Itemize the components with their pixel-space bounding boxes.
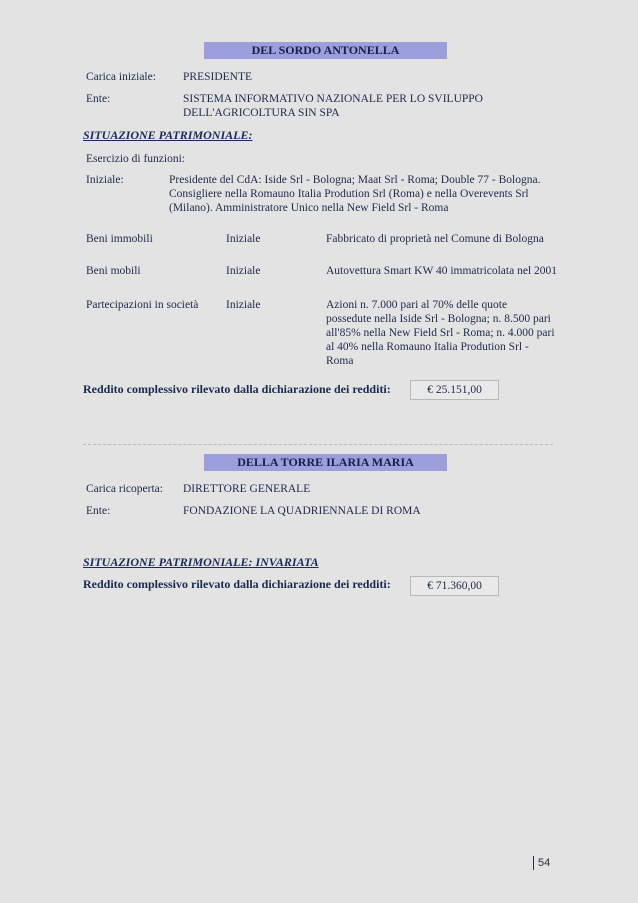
asset-description-line-3: all'85% nella New Field Srl - Roma; n. 4…	[326, 326, 555, 340]
role-label: Carica iniziale:	[86, 70, 156, 84]
entity-label: Ente:	[86, 92, 110, 106]
asset-category: Partecipazioni in società	[86, 298, 198, 312]
asset-description-line-2: possedute nella Iside Srl - Bologna; n. …	[326, 312, 551, 326]
asset-status: Iniziale	[226, 232, 260, 246]
functions-initial-label: Iniziale:	[86, 173, 124, 187]
asset-description-line-4: al 40% nella Romauno Italia Prodution Sr…	[326, 340, 529, 354]
entity-value: FONDAZIONE LA QUADRIENNALE DI ROMA	[183, 504, 421, 518]
asset-status: Iniziale	[226, 264, 260, 278]
functions-line-3: (Milano). Amministratore Unico nella New…	[169, 201, 448, 215]
person-name-header: DELLA TORRE ILARIA MARIA	[204, 454, 447, 471]
page-number: 54	[533, 856, 550, 870]
entity-label: Ente:	[86, 504, 110, 518]
situation-title: SITUAZIONE PATRIMONIALE:	[83, 128, 252, 143]
income-value: € 71.360,00	[410, 576, 499, 596]
role-value: DIRETTORE GENERALE	[183, 482, 310, 496]
asset-description-line-5: Roma	[326, 354, 353, 368]
role-value: PRESIDENTE	[183, 70, 252, 84]
entity-value-line-2: DELL'AGRICOLTURA SIN SPA	[183, 106, 340, 120]
asset-description-line-1: Azioni n. 7.000 pari al 70% delle quote	[326, 298, 507, 312]
income-value: € 25.151,00	[410, 380, 499, 400]
entity-value-line-1: SISTEMA INFORMATIVO NAZIONALE PER LO SVI…	[183, 92, 483, 106]
income-label: Reddito complessivo rilevato dalla dichi…	[83, 577, 391, 592]
income-label: Reddito complessivo rilevato dalla dichi…	[83, 382, 391, 397]
situation-title: SITUAZIONE PATRIMONIALE: INVARIATA	[83, 555, 319, 570]
section-divider	[83, 444, 553, 445]
asset-category: Beni mobili	[86, 264, 141, 278]
role-label: Carica ricoperta:	[86, 482, 163, 496]
functions-label: Esercizio di funzioni:	[86, 152, 185, 166]
person-name-header: DEL SORDO ANTONELLA	[204, 42, 447, 59]
asset-description: Autovettura Smart KW 40 immatricolata ne…	[326, 264, 557, 278]
functions-line-2: Consigliere nella Romauno Italia Produti…	[169, 187, 529, 201]
functions-line-1: Presidente del CdA: Iside Srl - Bologna;…	[169, 173, 540, 187]
asset-status: Iniziale	[226, 298, 260, 312]
asset-description: Fabbricato di proprietà nel Comune di Bo…	[326, 232, 544, 246]
asset-category: Beni immobili	[86, 232, 153, 246]
